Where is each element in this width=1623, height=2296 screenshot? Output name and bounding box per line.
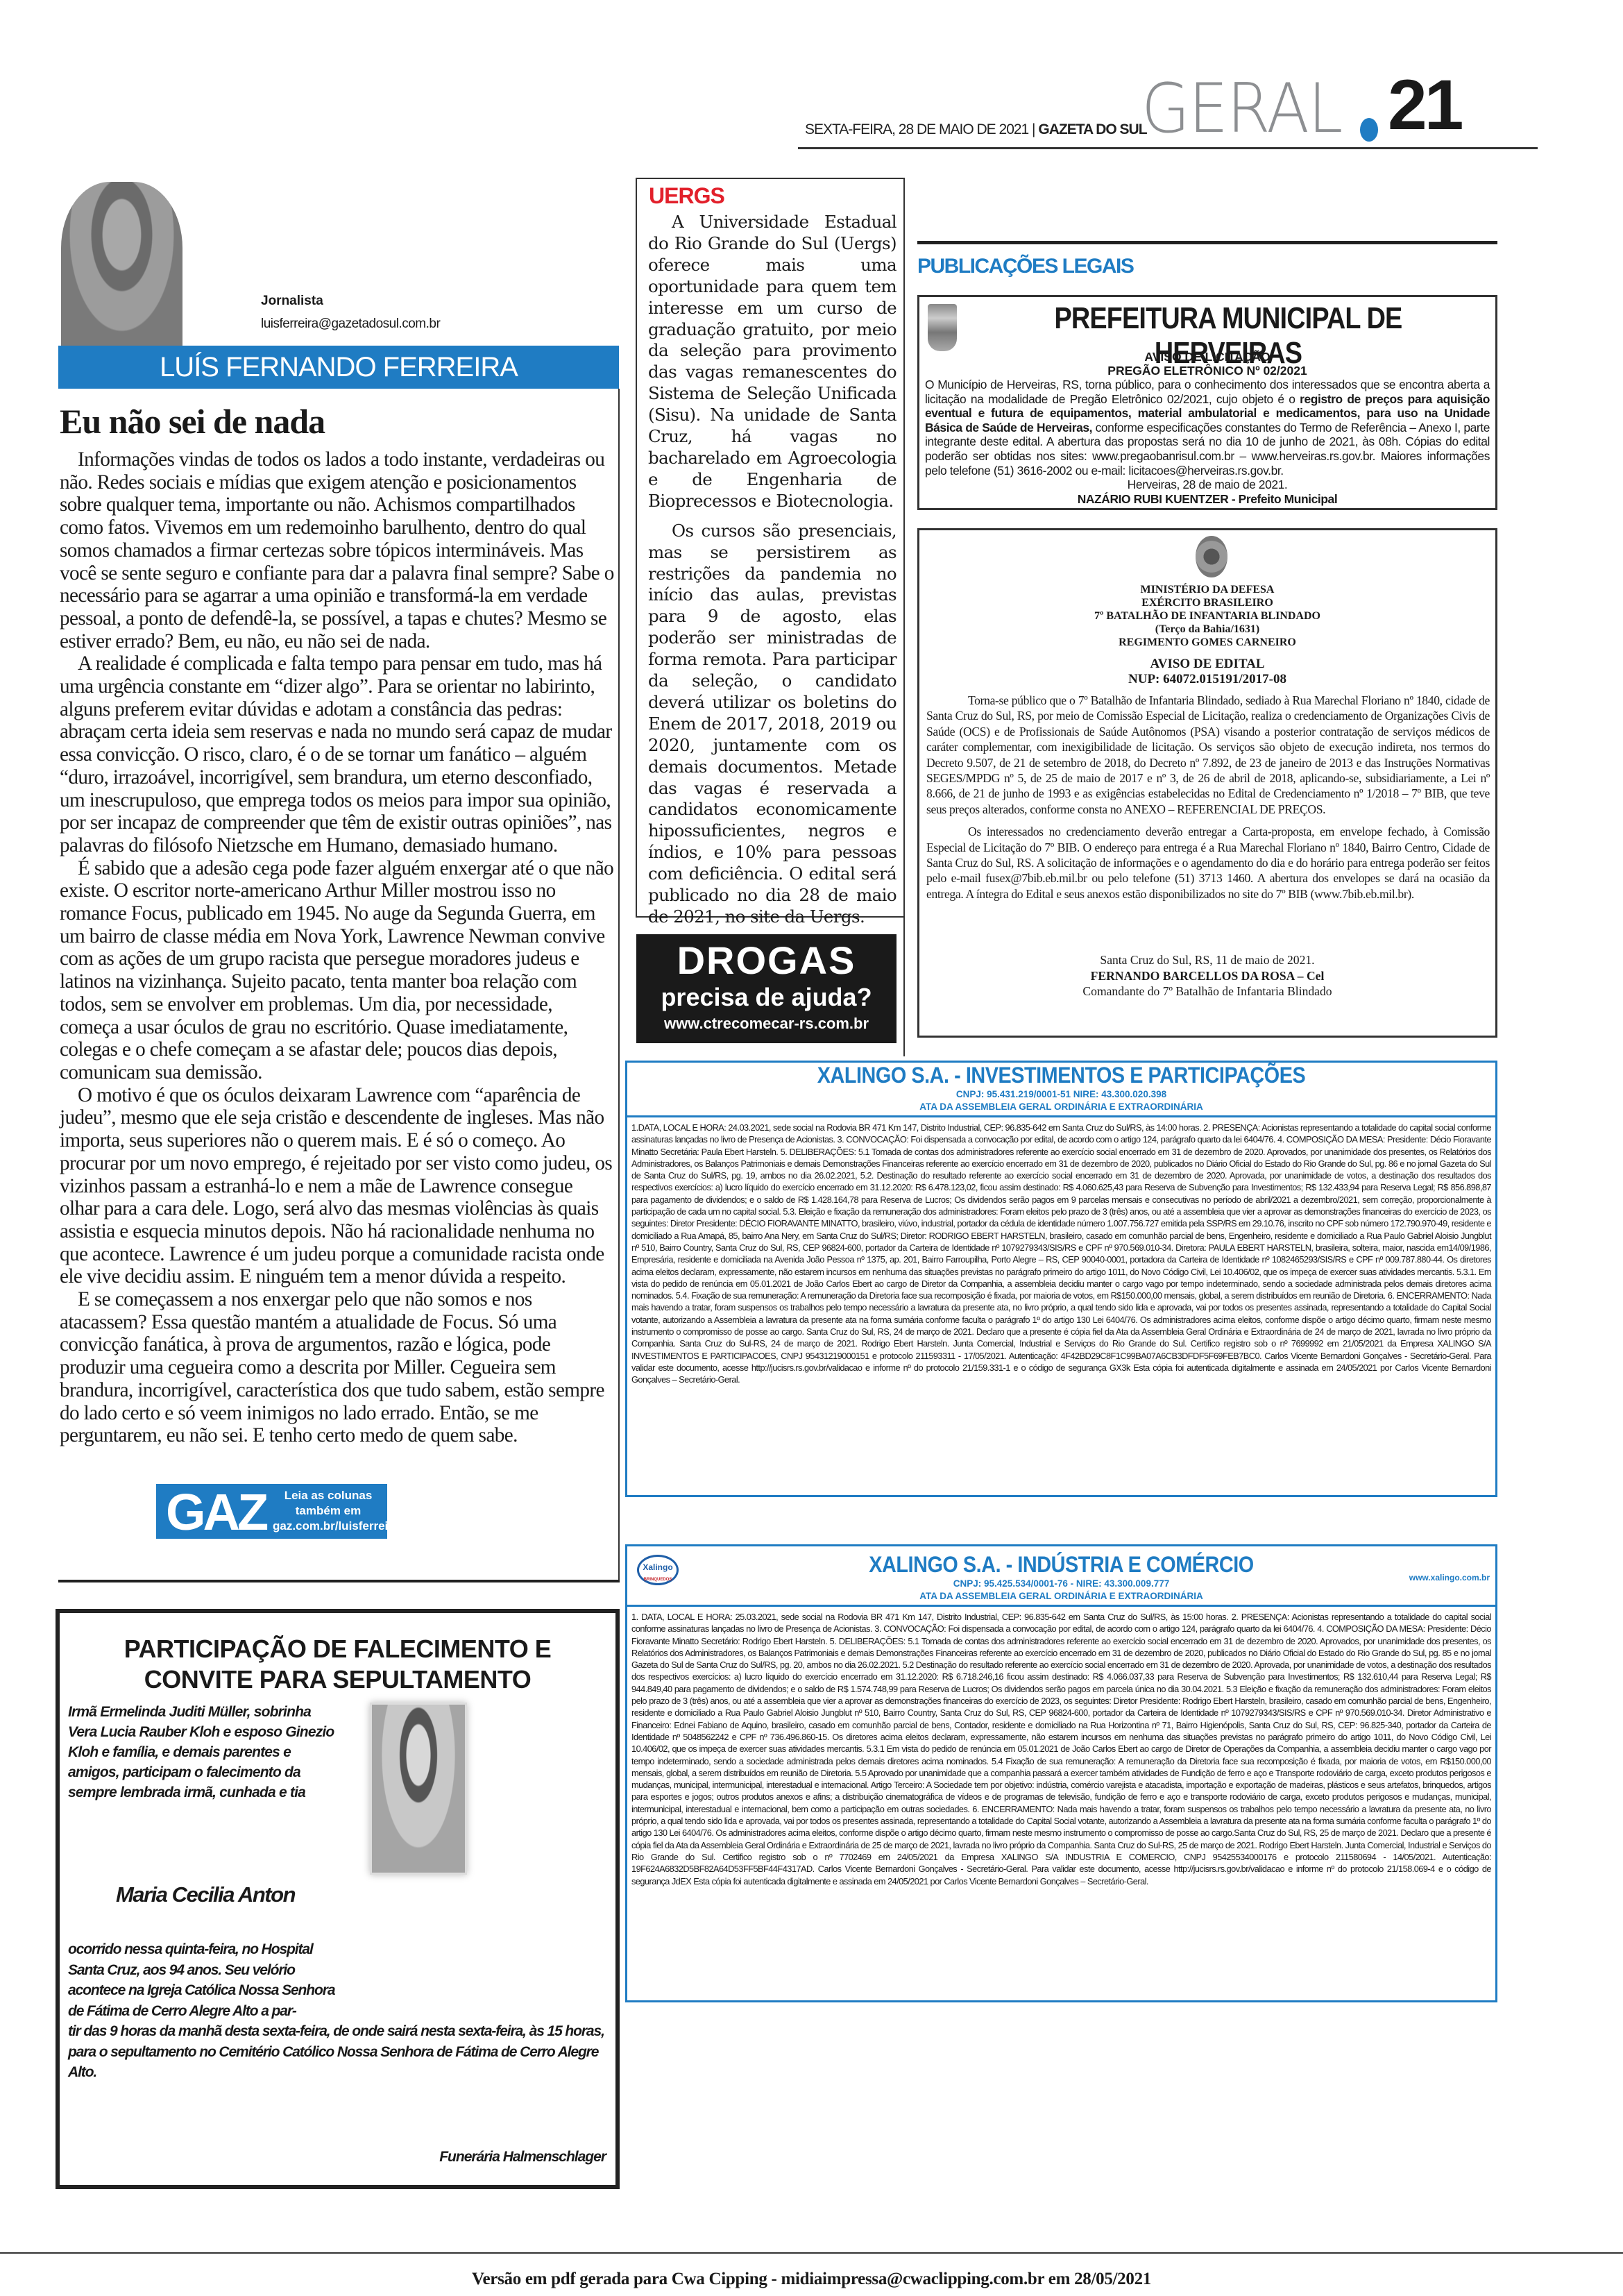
uergs-paragraph: A Universidade Estadual do Rio Grande do… [648, 212, 897, 512]
gaz-promo-line: Leia as colunas [273, 1488, 384, 1503]
gaz-promo-line: também em [273, 1503, 384, 1519]
author-email-link[interactable]: luisferreira@gazetadosul.com.br [261, 316, 440, 332]
uergs-kicker: UERGS [649, 183, 724, 209]
column-divider [903, 178, 905, 1056]
article-body: Informações vindas de todos os lados a t… [60, 448, 615, 1447]
exercito-date: Santa Cruz do Sul, RS, 11 de maio de 202… [919, 952, 1495, 968]
exercito-signer: FERNANDO BARCELLOS DA ROSA – Cel [1091, 969, 1325, 983]
article-paragraph: A realidade é complicada e falta tempo p… [60, 652, 615, 856]
xalingo-website-link[interactable]: www.xalingo.com.br [1409, 1573, 1490, 1582]
herveiras-body: O Município de Herveiras, RS, torna públ… [925, 378, 1490, 506]
drogas-ad[interactable]: DROGAS precisa de ajuda? www.ctrecomecar… [636, 934, 897, 1043]
deceased-name: Maria Cecilia Anton [101, 1882, 309, 1907]
header-divider [798, 147, 1538, 149]
article-headline: Eu não sei de nada [60, 401, 325, 441]
xalingo-header: XALINGO S.A. - INVESTIMENTOS E PARTICIPA… [627, 1063, 1495, 1117]
xalingo-ata: ATA DA ASSEMBLEIA GERAL ORDINÁRIA E EXTR… [627, 1590, 1495, 1603]
gaz-promo-banner[interactable]: GAZ Leia as colunas também em gaz.com.br… [156, 1484, 387, 1539]
article-paragraph: E se começassem a nos enxergar pelo que … [60, 1288, 615, 1447]
xalingo-investimentos-notice: XALINGO S.A. - INVESTIMENTOS E PARTICIPA… [625, 1061, 1497, 1497]
xalingo-industria-notice: Xalingo BRINQUEDOS XALINGO S.A. - INDÚST… [625, 1544, 1497, 2002]
article-paragraph: O motivo é que os óculos deixaram Lawren… [60, 1084, 615, 1288]
herveiras-notice: PREFEITURA MUNICIPAL DE HERVEIRAS AVISO … [917, 295, 1497, 510]
exercito-signer-role: Comandante do 7º Batalhão de Infantaria … [919, 984, 1495, 999]
xalingo-cnpj: CNPJ: 95.431.219/0001-51 NIRE: 43.300.02… [627, 1088, 1495, 1101]
drogas-subtitle: precisa de ajuda? [636, 983, 897, 1012]
exercito-paragraph: Os interessados no credenciamento deverã… [926, 824, 1490, 902]
xalingo-ata: ATA DA ASSEMBLEIA GERAL ORDINÁRIA E EXTR… [627, 1101, 1495, 1113]
brazil-coat-of-arms-icon [1196, 536, 1227, 577]
exercito-header: MINISTÉRIO DA DEFESA EXÉRCITO BRASILEIRO… [919, 583, 1495, 649]
funeral-home: Funerária Halmenschlager [439, 2149, 606, 2166]
exercito-header-line: (Terço da Bahia/1631) [919, 623, 1495, 636]
notice-type: AVISO DE EDITAL [919, 657, 1495, 672]
article-paragraph: É sabido que a adesão cega pode fazer al… [60, 857, 615, 1084]
drogas-title: DROGAS [636, 934, 897, 983]
author-photo [61, 182, 182, 347]
exercito-header-line: EXÉRCITO BRASILEIRO [919, 596, 1495, 609]
exercito-header-line: MINISTÉRIO DA DEFESA [919, 583, 1495, 596]
herveiras-signer: NAZÁRIO RUBI KUENTZER - Prefeito Municip… [925, 492, 1490, 507]
drogas-url[interactable]: www.ctrecomecar-rs.com.br [636, 1012, 897, 1036]
footer-clipping-note: Versão em pdf gerada para Cwa Cipping - … [0, 2270, 1623, 2289]
exercito-paragraph: Torna-se público que o 7º Batalhão de In… [926, 693, 1490, 817]
xalingo-body: 1. DATA, LOCAL E HORA: 25.03.2021, sede … [627, 1607, 1495, 1887]
author-name-banner: LUÍS FERNANDO FERREIRA [58, 346, 619, 389]
newspaper-name: GAZETA DO SUL [1038, 121, 1146, 137]
notice-number: PREGÃO ELETRÔNICO Nº 02/2021 [919, 364, 1495, 378]
article-paragraph: Informações vindas de todos os lados a t… [60, 448, 615, 652]
xalingo-title: XALINGO S.A. - INDÚSTRIA E COMÉRCIO [671, 1552, 1452, 1578]
xalingo-body: 1.DATA, LOCAL E HORA: 24.03.2021, sede s… [627, 1117, 1495, 1386]
legal-section-heading: PUBLICAÇÕES LEGAIS [917, 255, 1133, 278]
exercito-body: Torna-se público que o 7º Batalhão de In… [926, 693, 1490, 909]
herveiras-subtitle: AVISO DE LICITAÇÃO PREGÃO ELETRÔNICO Nº … [919, 350, 1495, 378]
gaz-promo-url[interactable]: gaz.com.br/luisferreira [273, 1519, 384, 1534]
obituary-body: ocorrido nessa quinta-feira, no Hospital… [68, 1939, 609, 2083]
uergs-body: A Universidade Estadual do Rio Grande do… [648, 212, 897, 936]
obituary-intro: Irmã Ermelinda Juditi Müller, sobrinha V… [68, 1702, 335, 1803]
obituary-title-line: PARTICIPAÇÃO DE FALECIMENTO E [60, 1634, 615, 1664]
notice-number: NUP: 64072.015191/2017-08 [919, 672, 1495, 687]
xalingo-title: XALINGO S.A. - INVESTIMENTOS E PARTICIPA… [671, 1063, 1452, 1088]
legal-top-divider [917, 241, 1497, 244]
obituary-body-text: ocorrido nessa quinta-feira, no Hospital… [68, 1939, 335, 2021]
page-number: 21 [1388, 69, 1461, 140]
xalingo-cnpj: CNPJ: 95.425.534/0001-76 - NIRE: 43.300.… [627, 1578, 1495, 1590]
exercito-signature: Santa Cruz do Sul, RS, 11 de maio de 202… [919, 952, 1495, 999]
gaz-logo: GAZ [166, 1488, 266, 1537]
xalingo-header: Xalingo BRINQUEDOS XALINGO S.A. - INDÚST… [627, 1546, 1495, 1607]
uergs-paragraph: Os cursos são presenciais, mas se persis… [648, 521, 897, 928]
herveiras-coat-of-arms-icon [928, 304, 957, 351]
deceased-photo [370, 1703, 467, 1875]
gaz-promo-text: Leia as colunas também em gaz.com.br/lui… [273, 1488, 384, 1534]
footer-divider [0, 2252, 1623, 2254]
xalingo-logo-text: Xalingo [643, 1562, 672, 1572]
exercito-notice: MINISTÉRIO DA DEFESA EXÉRCITO BRASILEIRO… [917, 528, 1497, 1038]
herveiras-date: Herveiras, 28 de maio de 2021. [925, 478, 1490, 492]
obituary-title-line: CONVITE PARA SEPULTAMENTO [60, 1664, 615, 1695]
masthead-date: SEXTA-FEIRA, 28 DE MAIO DE 2021 | GAZETA… [805, 121, 1147, 138]
xalingo-logo-sub: BRINQUEDOS [639, 1578, 677, 1582]
obituary-notice: PARTICIPAÇÃO DE FALECIMENTO E CONVITE PA… [56, 1609, 620, 2189]
exercito-aviso: AVISO DE EDITAL NUP: 64072.015191/2017-0… [919, 657, 1495, 687]
issue-date: SEXTA-FEIRA, 28 DE MAIO DE 2021 | [805, 121, 1035, 137]
section-dot-icon [1360, 118, 1378, 142]
exercito-header-line: 7º BATALHÃO DE INFANTARIA BLINDADO [919, 609, 1495, 623]
column-divider [618, 389, 620, 1581]
author-role: Jornalista [261, 294, 323, 309]
notice-type: AVISO DE LICITAÇÃO [919, 350, 1495, 364]
column-bottom-divider [58, 1580, 620, 1582]
section-title: GERAL [1141, 75, 1342, 143]
obituary-title: PARTICIPAÇÃO DE FALECIMENTO E CONVITE PA… [60, 1634, 615, 1695]
obituary-body-text: tir das 9 horas da manhã desta sexta-fei… [68, 2023, 604, 2080]
exercito-header-line: REGIMENTO GOMES CARNEIRO [919, 636, 1495, 649]
